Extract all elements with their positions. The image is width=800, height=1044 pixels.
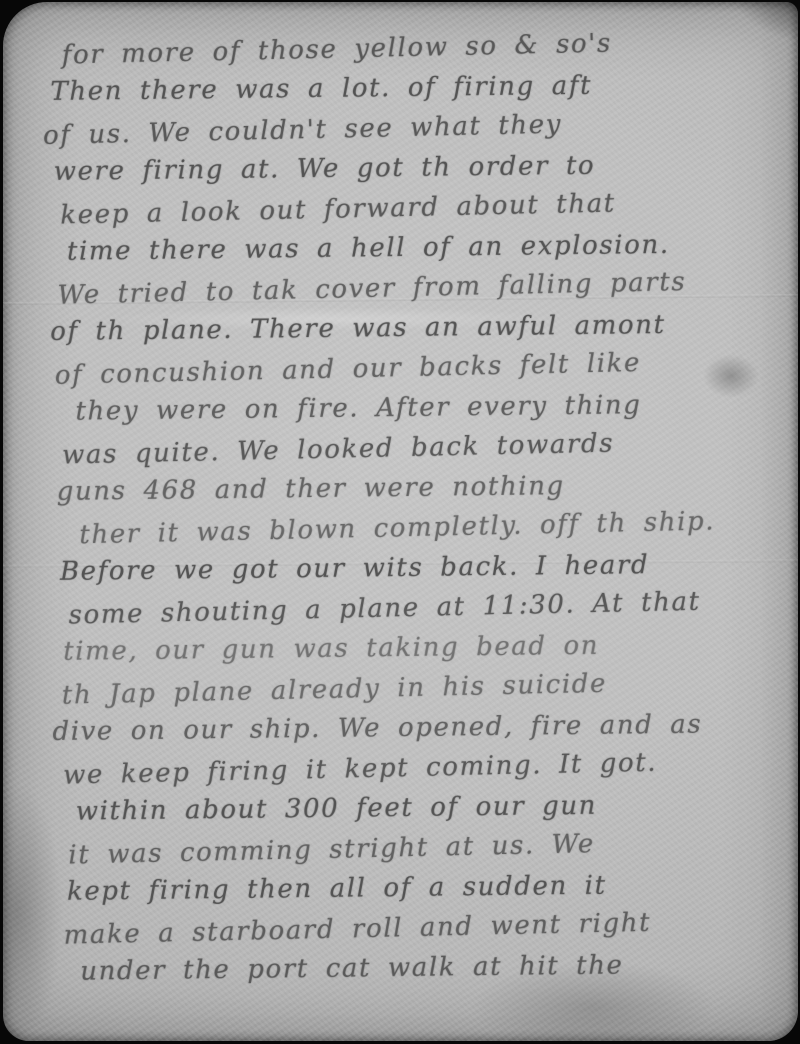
scan-frame: for more of those yellow so & so's Then …: [0, 0, 800, 1044]
paper-page: for more of those yellow so & so's Then …: [3, 2, 798, 1041]
handwritten-text-block: for more of those yellow so & so's Then …: [26, 22, 786, 994]
handwritten-line: under the port cat walk at hit the: [80, 944, 785, 992]
